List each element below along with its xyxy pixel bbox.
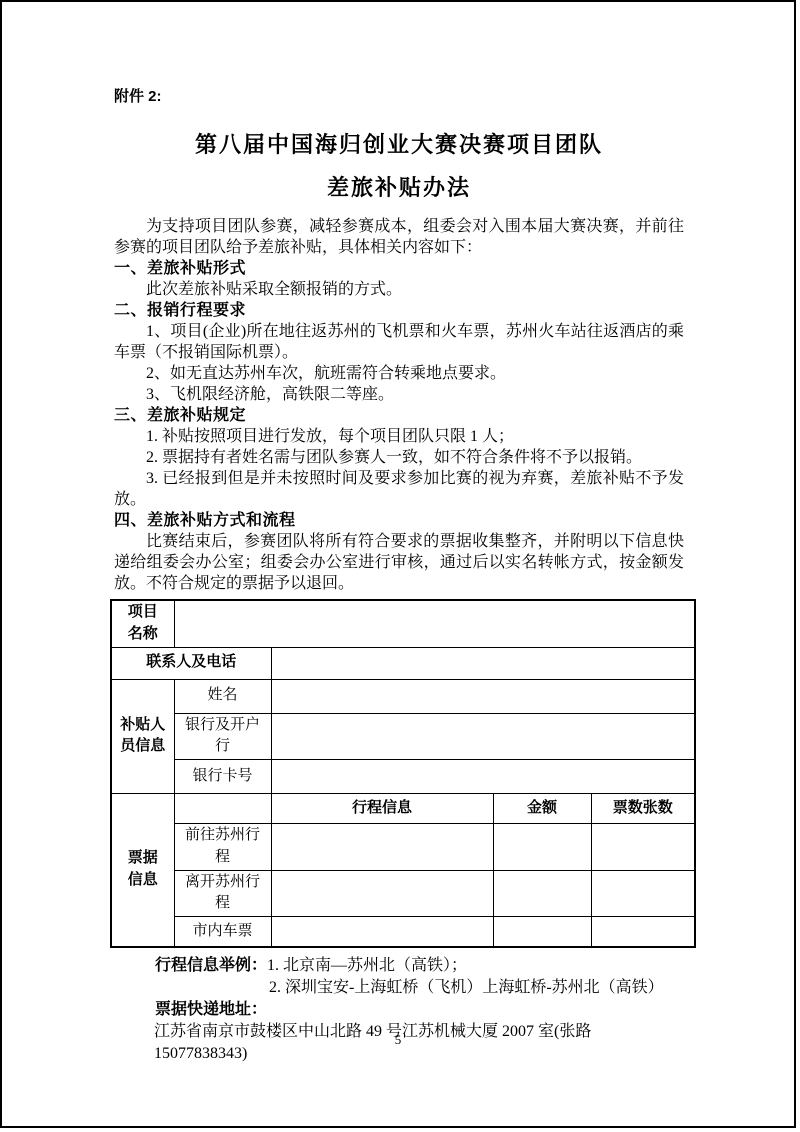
- mailing-address-label: 票据快递地址：: [155, 999, 684, 1021]
- card-value-cell: [271, 760, 695, 794]
- trip-info-column-header: 行程信息: [271, 794, 493, 824]
- project-name-label: 项目名称: [111, 600, 174, 647]
- leave-suzhou-amount-cell: [493, 870, 591, 917]
- section-3-item-3: 3. 已经报到但是并未按照时间及要求参加比赛的视为弃赛，差旅补贴不予发放。: [114, 468, 684, 510]
- contact-label: 联系人及电话: [111, 647, 271, 679]
- name-field-label: 姓名: [174, 679, 271, 713]
- table-row: 补贴人员信息 姓名: [111, 679, 695, 713]
- ticket-info-group-label: 票据信息: [111, 794, 174, 948]
- project-name-value-cell: [174, 600, 695, 647]
- trip-example-line-1: 行程信息举例：1. 北京南—苏州北（高铁）；: [155, 955, 684, 977]
- city-ticket-row-label: 市内车票: [174, 917, 271, 948]
- subsidy-person-group-label: 补贴人员信息: [111, 679, 174, 794]
- section-2-item-1: 1、项目(企业)所在地往返苏州的飞机票和火车票，苏州火车站往返酒店的乘车票（不报…: [114, 321, 684, 363]
- city-ticket-amount-cell: [493, 917, 591, 948]
- card-field-label: 银行卡号: [174, 760, 271, 794]
- attachment-label: 附件 2:: [114, 88, 684, 106]
- table-row: 银行卡号: [111, 760, 695, 794]
- table-header-row: 票据信息 行程信息 金额 票数张数: [111, 794, 695, 824]
- city-ticket-count-cell: [591, 917, 695, 948]
- to-suzhou-count-cell: [591, 824, 695, 871]
- section-1-heading: 一、差旅补贴形式: [114, 258, 684, 279]
- ticket-count-column-header: 票数张数: [591, 794, 695, 824]
- table-row: 项目名称: [111, 600, 695, 647]
- section-2-heading: 二、报销行程要求: [114, 300, 684, 321]
- table-row: 联系人及电话: [111, 647, 695, 679]
- leave-suzhou-row-label: 离开苏州行程: [174, 870, 271, 917]
- to-suzhou-amount-cell: [493, 824, 591, 871]
- section-4-paragraph: 比赛结束后，参赛团队将所有符合要求的票据收集整齐，并附明以下信息快递给组委会办公…: [114, 531, 684, 594]
- trip-example-line-2: 2. 深圳宝安-上海虹桥（飞机）上海虹桥-苏州北（高铁）: [269, 977, 684, 999]
- table-row: 市内车票: [111, 917, 695, 948]
- name-value-cell: [271, 679, 695, 713]
- leave-suzhou-trip-cell: [271, 870, 493, 917]
- section-2-item-2: 2、如无直达苏州车次，航班需符合转乘地点要求。: [114, 363, 684, 384]
- contact-value-cell: [271, 647, 695, 679]
- section-3-heading: 三、差旅补贴规定: [114, 405, 684, 426]
- document-title-line2: 差旅补贴办法: [114, 173, 684, 203]
- table-row: 银行及开户行: [111, 713, 695, 760]
- page-number: 5: [2, 1032, 794, 1048]
- trip-example-2: 2. 深圳宝安-上海虹桥（飞机）上海虹桥-苏州北（高铁）: [269, 979, 664, 996]
- to-suzhou-trip-cell: [271, 824, 493, 871]
- ticket-header-empty-cell: [174, 794, 271, 824]
- section-2-item-3: 3、飞机限经济舱，高铁限二等座。: [114, 384, 684, 405]
- document-title-line1: 第八届中国海归创业大赛决赛项目团队: [114, 130, 684, 160]
- amount-column-header: 金额: [493, 794, 591, 824]
- table-row: 前往苏州行程: [111, 824, 695, 871]
- section-4-heading: 四、差旅补贴方式和流程: [114, 510, 684, 531]
- section-1-paragraph: 此次差旅补贴采取全额报销的方式。: [114, 279, 684, 300]
- trip-example-1: 1. 北京南—苏州北（高铁）；: [267, 957, 467, 974]
- leave-suzhou-count-cell: [591, 870, 695, 917]
- document-content: 附件 2: 第八届中国海归创业大赛决赛项目团队 差旅补贴办法 为支持项目团队参赛…: [2, 2, 794, 1065]
- section-3-item-2: 2. 票据持有者姓名需与团队参赛人一致，如不符合条件将不予以报销。: [114, 447, 684, 468]
- city-ticket-trip-cell: [271, 917, 493, 948]
- intro-paragraph: 为支持项目团队参赛，减轻参赛成本，组委会对入围本届大赛决赛，并前往参赛的项目团队…: [114, 216, 684, 258]
- trip-example-label: 行程信息举例：: [155, 957, 267, 974]
- bank-field-label: 银行及开户行: [174, 713, 271, 760]
- section-3-item-1: 1. 补贴按照项目进行发放，每个项目团队只限 1 人；: [114, 426, 684, 447]
- table-row: 离开苏州行程: [111, 870, 695, 917]
- to-suzhou-row-label: 前往苏州行程: [174, 824, 271, 871]
- document-page: 附件 2: 第八届中国海归创业大赛决赛项目团队 差旅补贴办法 为支持项目团队参赛…: [0, 0, 796, 1128]
- bank-value-cell: [271, 713, 695, 760]
- subsidy-form-table: 项目名称 联系人及电话 补贴人员信息 姓名 银行及开户行 银行卡号 票据信: [110, 599, 696, 948]
